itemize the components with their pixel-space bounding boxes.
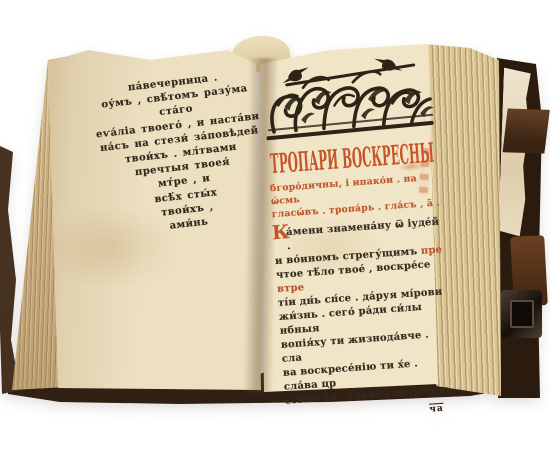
woodcut-headpiece [261, 55, 436, 145]
drop-cap-initial: К [272, 223, 291, 243]
metal-clasp-buckle [501, 290, 542, 338]
leather-strap-upper [500, 103, 550, 160]
left-page-text: па́вечерница . оу́мъ , свѣ́томъ разу́ма … [89, 67, 274, 241]
right-page-content: ТРОПАРИ ВОСКРЕСНЫ бгоро́дичны, і ипако́и… [261, 55, 458, 428]
rubric-lines: бгоро́дичны, і ипако́и . на ѡ́смь гласѡ́… [270, 171, 444, 221]
photo-background: па́вечерница . оу́мъ , свѣ́томъ разу́ма … [0, 0, 550, 450]
troparion-text: К а́мени знамена́ну ѿ іуде́й . и во́ином… [273, 216, 459, 428]
open-book: па́вечерница . оу́мъ , свѣ́томъ разу́ма … [0, 0, 550, 450]
clasp-slot [510, 300, 534, 328]
woodcut-ornament [263, 55, 435, 138]
